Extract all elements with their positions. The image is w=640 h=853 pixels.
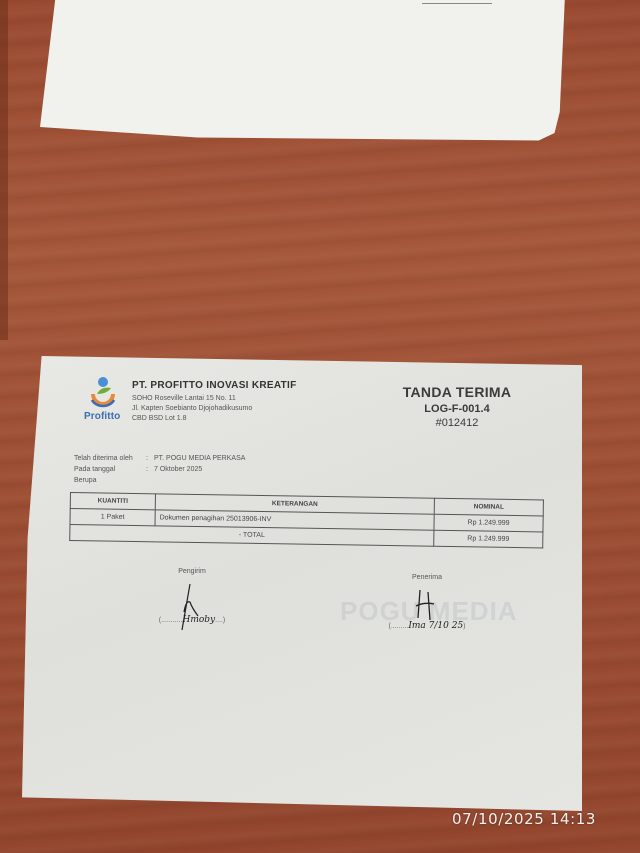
meta-separator [146,475,154,486]
company-info: PT. PROFITTO INOVASI KREATIF SOHO Rosevi… [132,380,297,424]
top-paper-sheet [40,0,565,145]
meta-separator: : [146,464,154,475]
receiver-signature-line: (.........Ima 7/10 25) [372,621,482,631]
document-number: #012412 [382,417,532,429]
meta-label: Pada tanggal [74,464,146,475]
meta-row-form: Berupa [74,475,245,486]
meta-value: PT. POGU MEDIA PERKASA [154,453,245,464]
cell-quantity: 1 Paket [70,509,155,526]
document-title: TANDA TERIMA [382,384,532,400]
signature-line-partial [422,3,492,4]
cell-nominal: Rp 1.249.999 [434,514,543,532]
meta-row-date: Pada tanggal : 7 Oktober 2025 [74,464,245,475]
receiver-signature-block: Penerima (.........Ima 7/10 25) [372,574,482,631]
receiver-handwriting: Ima 7/10 25 [408,621,463,631]
address-line: CBD BSD Lot 1.8 [132,414,297,424]
company-name: PT. PROFITTO INOVASI KREATIF [132,380,297,391]
meta-row-received-by: Telah diterima oleh : PT. POGU MEDIA PER… [74,453,245,464]
meta-label: Berupa [74,475,146,486]
receipt-document: Profitto PT. PROFITTO INOVASI KREATIF SO… [22,356,582,811]
address-line: SOHO Roseville Lantai 15 No. 11 [132,394,297,404]
logo-text: Profitto [84,411,120,422]
photo-timestamp: 07/10/2025 14:13 [452,810,596,828]
sender-label: Pengirim [132,568,252,575]
form-code: LOG-F-001.4 [382,403,532,415]
sender-signature-block: Pengirim (...........Hmoby....) [132,568,252,625]
receiver-label: Penerima [372,574,482,581]
header-quantity: KUANTITI [70,493,155,510]
items-table: KUANTITI KETERANGAN NOMINAL 1 Paket Doku… [69,492,544,548]
header-nominal: NOMINAL [434,498,543,516]
meta-value: 7 Oktober 2025 [154,464,202,475]
address-line: Jl. Kapten Soebianto Djojohadikusumo [132,404,297,414]
receiver-signature-icon [414,588,438,622]
document-header: TANDA TERIMA LOG-F-001.4 #012412 [382,384,532,429]
company-address: SOHO Roseville Lantai 15 No. 11 Jl. Kapt… [132,394,297,424]
profitto-logo-icon [89,376,117,408]
meta-label: Telah diterima oleh [74,453,146,464]
company-logo: Profitto [84,376,124,426]
receipt-meta: Telah diterima oleh : PT. POGU MEDIA PER… [74,453,245,486]
sender-signature-icon [170,582,210,632]
table-edge-shadow [0,0,8,340]
total-value: Rp 1.249.999 [434,530,543,548]
meta-separator: : [146,453,154,464]
